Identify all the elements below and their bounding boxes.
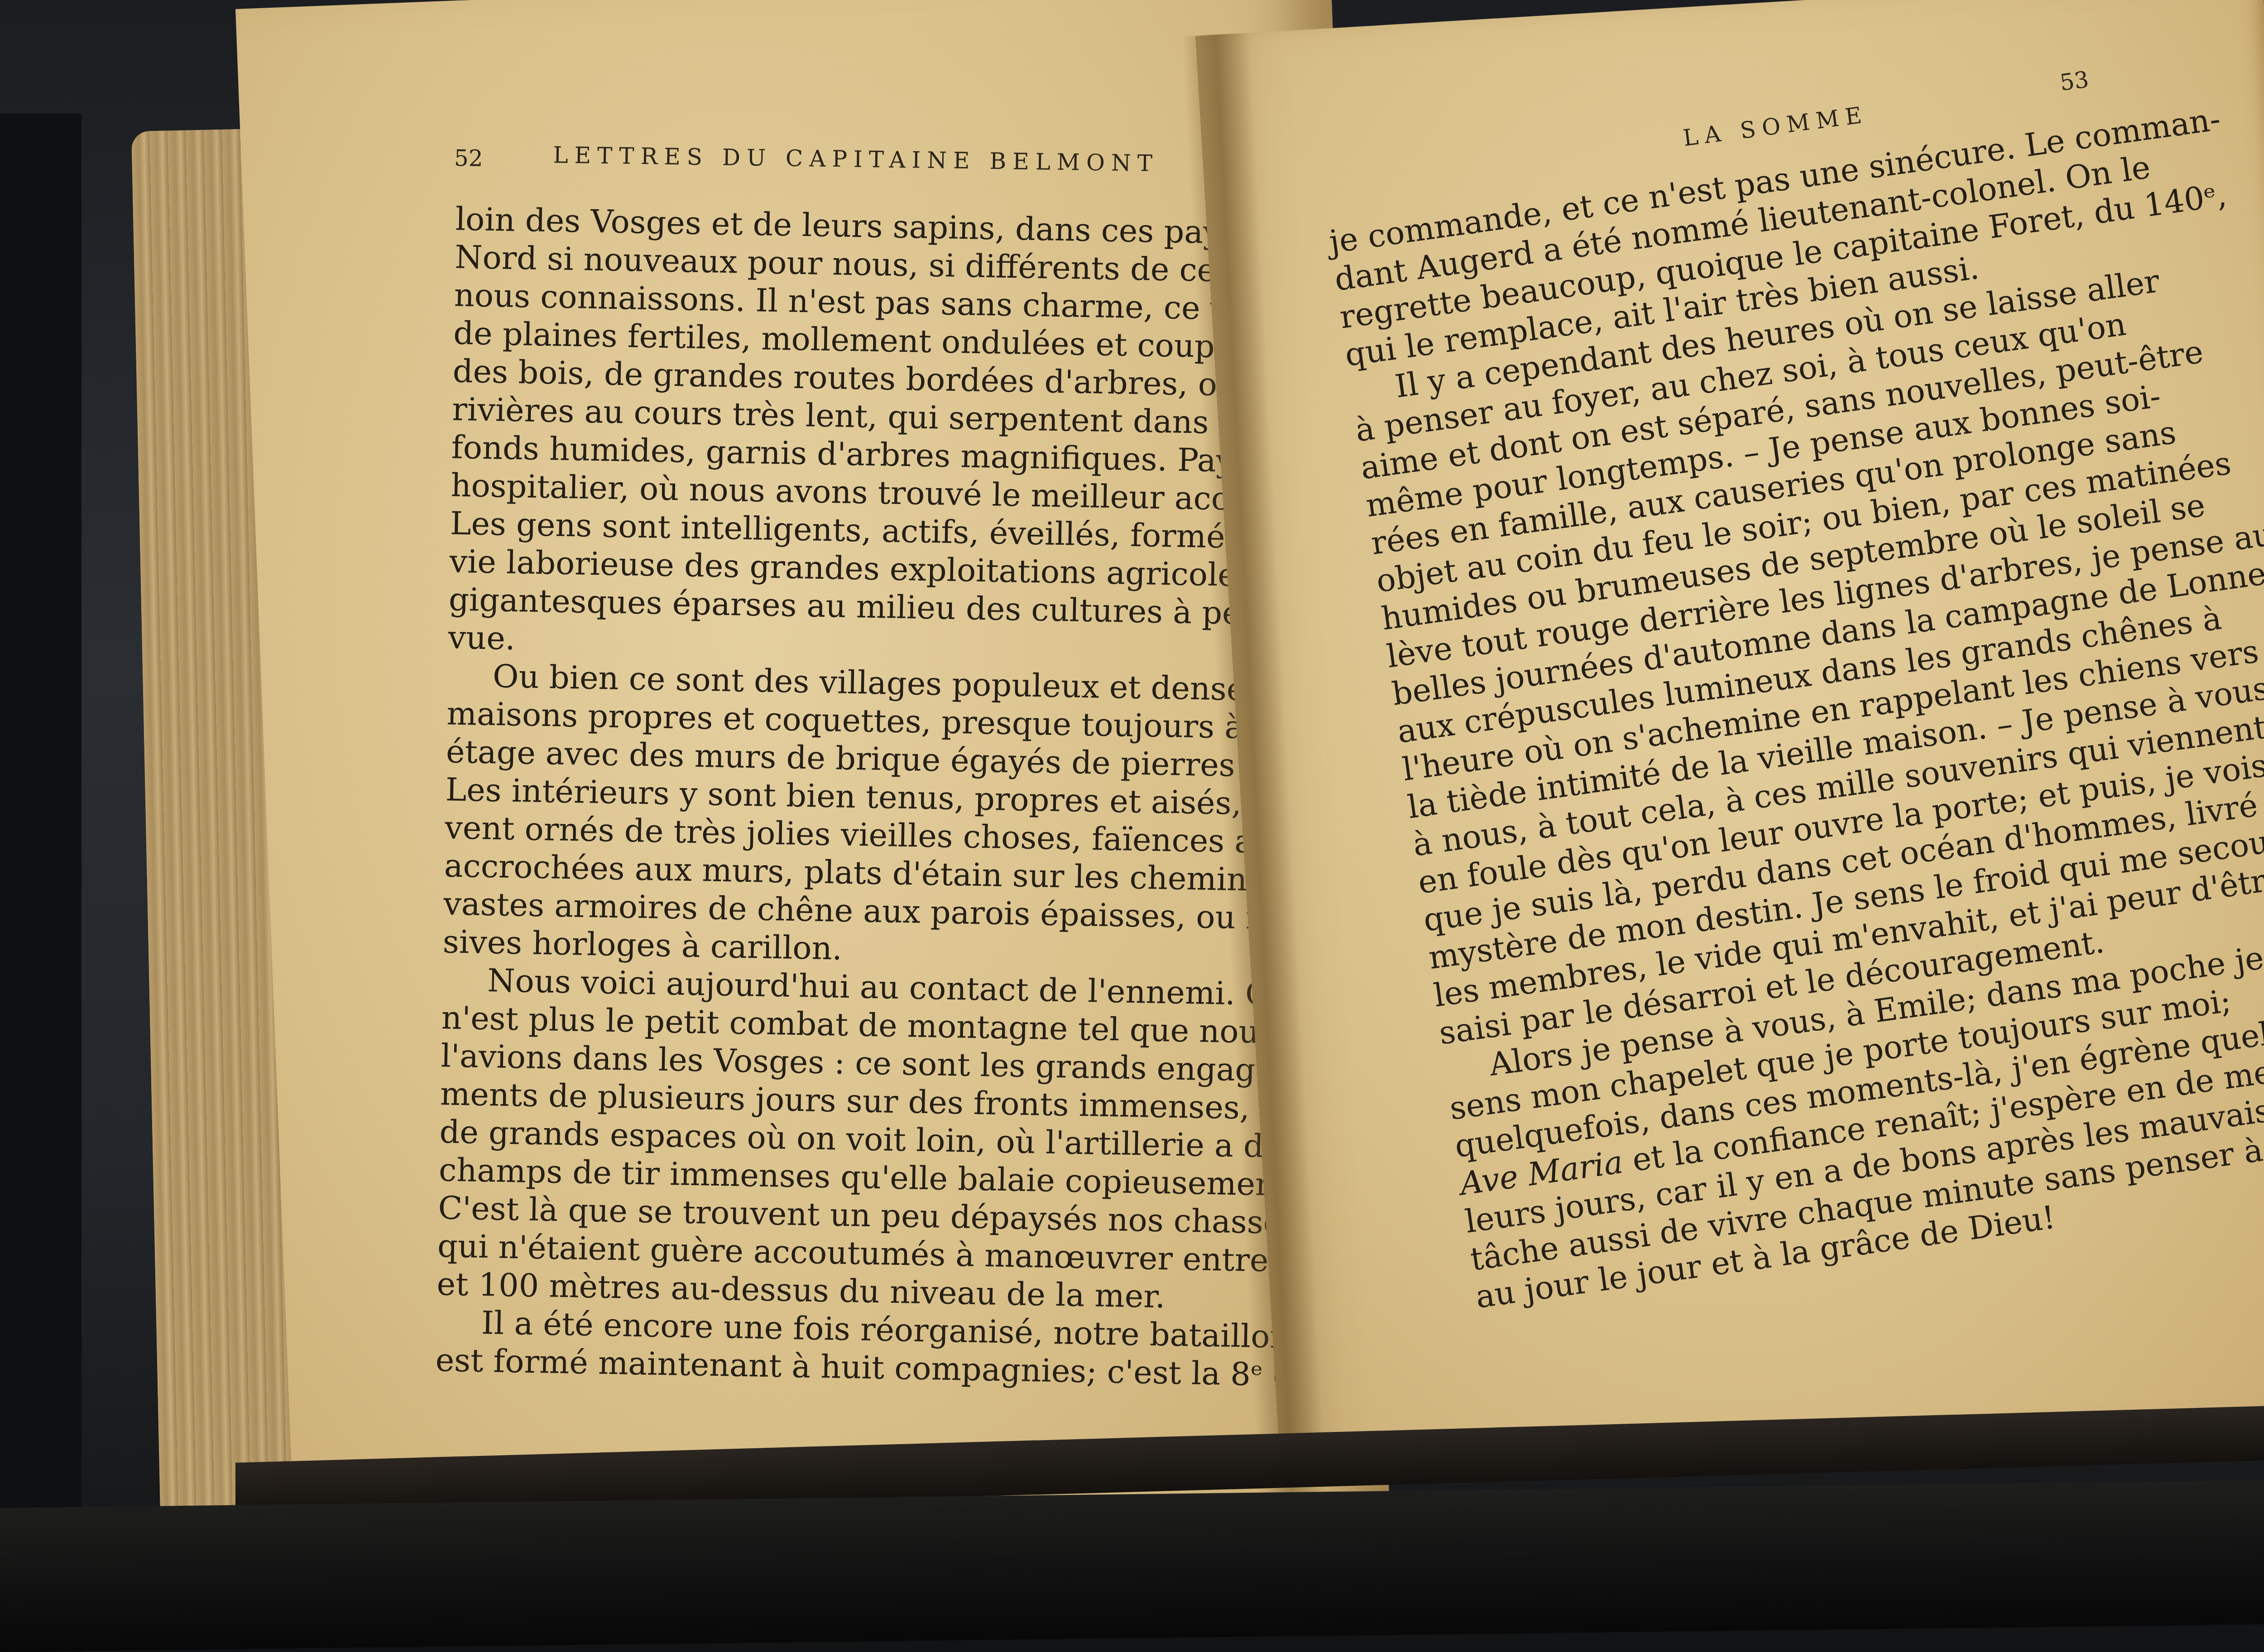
running-head: LA SOMME	[1682, 101, 1870, 151]
running-head: LETTRES DU CAPITAINE BELMONT	[553, 142, 1159, 177]
page-number: 53	[2058, 66, 2091, 96]
display-case-left-frame	[0, 113, 82, 1652]
right-page: 53 LA SOMME je commande, et ce n'est pas…	[1195, 0, 2264, 1483]
page-number: 52	[454, 145, 483, 172]
page-body-text: je commande, et ce n'est pas une sinécur…	[1327, 98, 2264, 1316]
display-tray	[0, 1478, 2264, 1652]
